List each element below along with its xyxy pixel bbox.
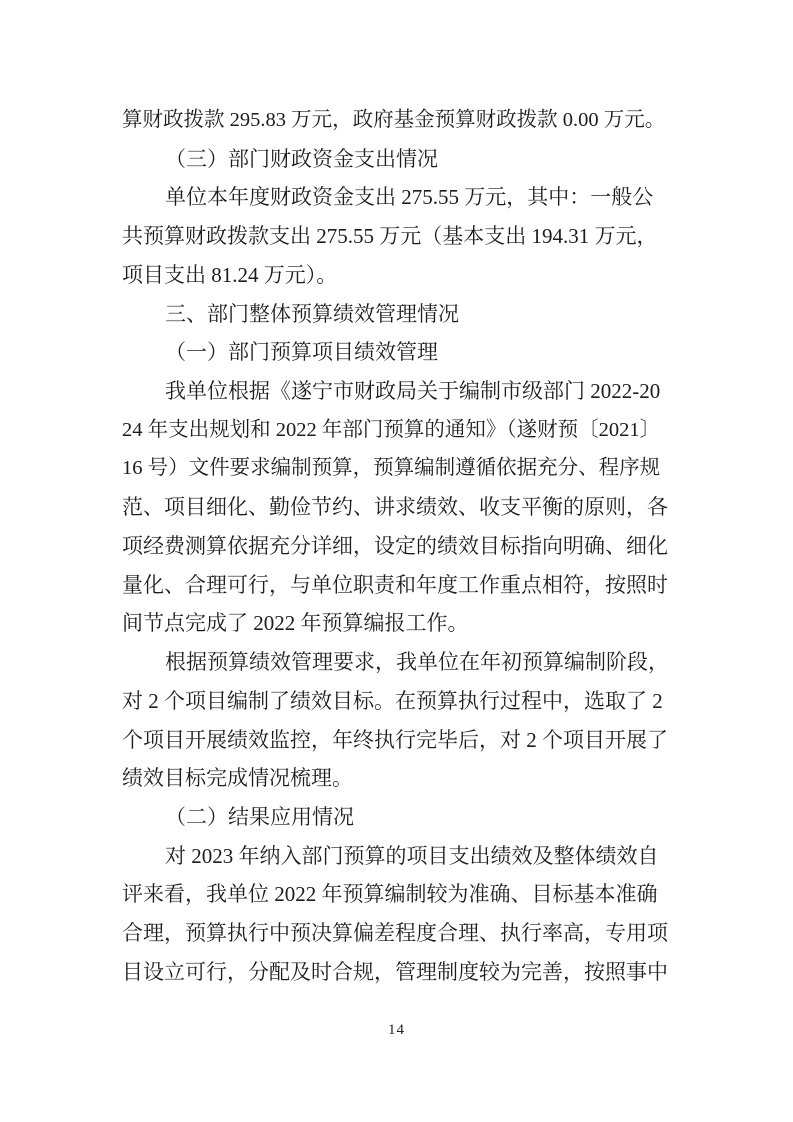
text-line: 目设立可行，分配及时合规，管理制度较为完善，按照事中 (122, 953, 671, 992)
text-line: （一）部门预算项目绩效管理 (122, 333, 671, 372)
page-number: 14 (0, 1022, 793, 1039)
text-line: 项经费测算依据充分详细，设定的绩效目标指向明确、细化 (122, 527, 671, 566)
text-line: 共预算财政拨款支出 275.55 万元（基本支出 194.31 万元， (122, 217, 671, 256)
text-line: 量化、合理可行，与单位职责和年度工作重点相符，按照时 (122, 566, 671, 605)
text-line: 绩效目标完成情况梳理。 (122, 759, 671, 798)
text-line: 个项目开展绩效监控，年终执行完毕后，对 2 个项目开展了 (122, 721, 671, 760)
text-line: 范、项目细化、勤俭节约、讲求绩效、收支平衡的原则，各 (122, 488, 671, 527)
text-line: 对 2 个项目编制了绩效目标。在预算执行过程中，选取了 2 (122, 682, 671, 721)
text-line: 三、部门整体预算绩效管理情况 (122, 295, 671, 334)
text-line: （三）部门财政资金支出情况 (122, 140, 671, 179)
text-line: 24 年支出规划和 2022 年部门预算的通知》（遂财预〔2021〕 (122, 411, 671, 450)
text-line: 项目支出 81.24 万元）。 (122, 256, 671, 295)
text-line: 单位本年度财政资金支出 275.55 万元，其中：一般公 (122, 178, 671, 217)
text-line: 合理，预算执行中预决算偏差程度合理、执行率高，专用项 (122, 914, 671, 953)
text-line: 16 号）文件要求编制预算，预算编制遵循依据充分、程序规 (122, 449, 671, 488)
document-body: 算财政拨款 295.83 万元，政府基金预算财政拨款 0.00 万元。 （三）部… (122, 101, 671, 992)
text-line: 我单位根据《遂宁市财政局关于编制市级部门 2022-20 (122, 372, 671, 411)
text-line: 算财政拨款 295.83 万元，政府基金预算财政拨款 0.00 万元。 (122, 101, 671, 140)
text-line: 对 2023 年纳入部门预算的项目支出绩效及整体绩效自 (122, 837, 671, 876)
text-line: 根据预算绩效管理要求，我单位在年初预算编制阶段， (122, 643, 671, 682)
document-page: 算财政拨款 295.83 万元，政府基金预算财政拨款 0.00 万元。 （三）部… (0, 0, 793, 1122)
text-line: 间节点完成了 2022 年预算编报工作。 (122, 604, 671, 643)
text-line: （二）结果应用情况 (122, 798, 671, 837)
text-line: 评来看，我单位 2022 年预算编制较为准确、目标基本准确 (122, 875, 671, 914)
